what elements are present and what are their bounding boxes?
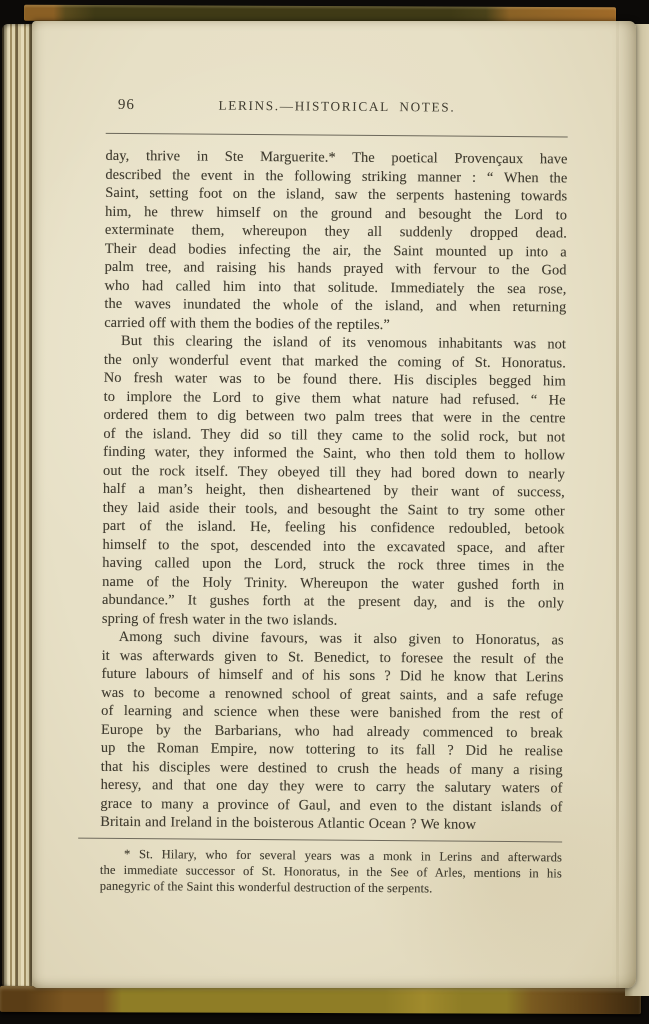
page-number: 96 xyxy=(118,97,135,114)
paragraph: day, thrive in Ste Marguerite.* The poet… xyxy=(104,147,567,336)
paragraph: Among such divine favours, was it also g… xyxy=(100,628,564,835)
gutter-shadow xyxy=(616,21,619,988)
page-content: 96 LERINS.—HISTORICAL NOTES. day, thrive… xyxy=(100,97,568,897)
body-text: day, thrive in Ste Marguerite.* The poet… xyxy=(100,147,567,835)
book-page: 96 LERINS.—HISTORICAL NOTES. day, thrive… xyxy=(32,21,636,988)
running-title: LERINS.—HISTORICAL NOTES. xyxy=(106,97,568,117)
text-line: Britain and Ireland in the boisterous At… xyxy=(100,813,562,835)
paragraph: But this clearing the island of its veno… xyxy=(102,332,566,632)
footnote: * St. Hilary, who for several years was … xyxy=(100,845,562,897)
page-edges xyxy=(2,24,36,990)
book-photo: 96 LERINS.—HISTORICAL NOTES. day, thrive… xyxy=(0,0,649,1024)
footnote-rule xyxy=(78,837,562,842)
page-header: 96 LERINS.—HISTORICAL NOTES. xyxy=(106,97,568,121)
header-rule xyxy=(106,133,568,138)
book-cover-bottom-edge xyxy=(0,986,641,1014)
